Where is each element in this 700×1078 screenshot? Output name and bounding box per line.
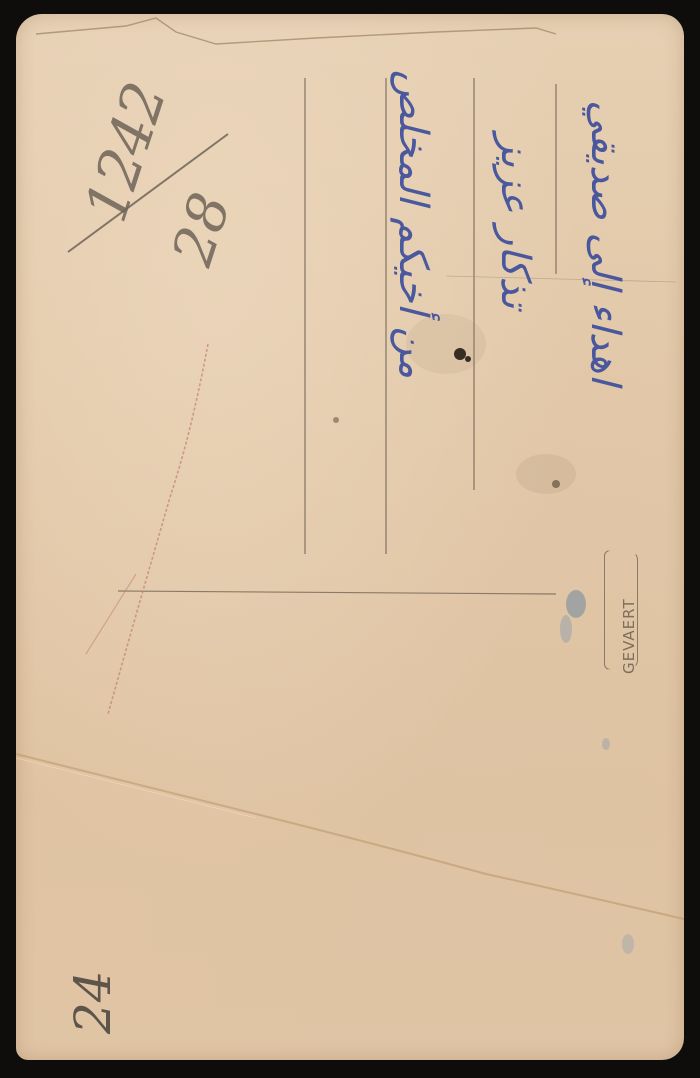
catalog-denominator: 28 (160, 185, 244, 273)
inscription-line-3: من أخيكم المخلص (390, 70, 436, 378)
gevaert-stamp-text: GEVAERT (620, 598, 638, 674)
pencil-catalog-number: 1242 28 (68, 84, 248, 284)
postcard-back: 1242 28 اهداء إلى صديقي تذكار عزيز من أخ… (16, 14, 684, 1060)
inscription-line-2: تذكار عزيز (492, 134, 538, 309)
catalog-numerator: 1242 (71, 76, 179, 230)
inscription-line-1: اهداء إلى صديقي (582, 100, 628, 385)
page-number: 24 (64, 970, 122, 1034)
